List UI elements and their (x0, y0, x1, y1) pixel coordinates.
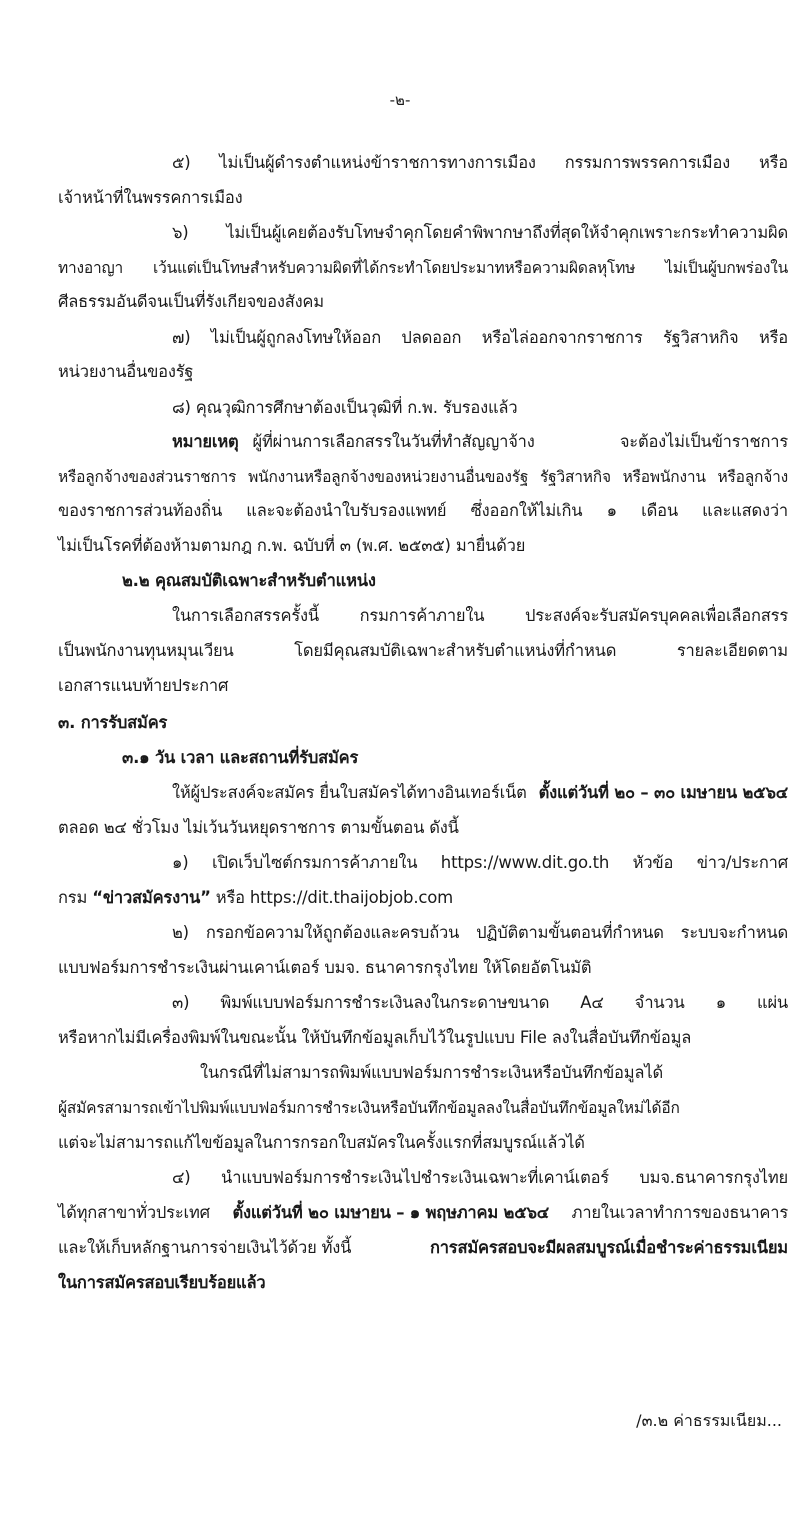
item-7-line-1: ๗) ไม่เป็นผู้ถูกลงโทษให้ออก ปลดออก หรือไ… (172, 327, 788, 349)
completion-condition: การสมัครสอบจะมีผลสมบูรณ์เมื่อชำระค่าธรรม… (430, 1237, 788, 1259)
step-1-text: กรม (58, 888, 92, 907)
step-3-line-2: หรือหากไม่มีเครื่องพิมพ์ในขณะนั้น ให้บัน… (58, 1027, 691, 1049)
thaijobjob-link[interactable]: หรือ https://dit.thaijobjob.com (211, 888, 453, 907)
step-3-para-line-1: ในกรณีที่ไม่สามารถพิมพ์แบบฟอร์มการชำระเง… (200, 1062, 788, 1084)
section-2-2-line-2: เป็นพนักงานทุนหมุนเวียน โดยมีคุณสมบัติเฉ… (58, 640, 788, 662)
page-number: -๒- (0, 88, 800, 112)
section-3-1-intro-line-1: ให้ผู้ประสงค์จะสมัคร ยื่นใบสมัครได้ทางอิ… (172, 782, 788, 804)
note-text-1: ผู้ที่ผ่านการเลือกสรรในวันที่ทำสัญญาจ้าง… (253, 431, 788, 453)
step-4-branches: ได้ทุกสาขาทั่วประเทศ (58, 1202, 210, 1224)
step-4-line-3: และให้เก็บหลักฐานการจ่ายเงินไว้ด้วย ทั้ง… (58, 1237, 788, 1259)
step-1-line-1: ๑) เปิดเว็บไซต์กรมการค้าภายใน https://ww… (172, 852, 788, 874)
note-line-2: หรือลูกจ้างของส่วนราชการ พนักงานหรือลูกจ… (58, 466, 788, 488)
item-7-line-2: หน่วยงานอื่นของรัฐ (58, 361, 193, 383)
section-3-1-intro-line-2: ตลอด ๒๔ ชั่วโมง ไม่เว้นวันหยุดราชการ ตาม… (58, 817, 459, 839)
note-label: หมายเหตุ (172, 431, 239, 453)
note-line-1: หมายเหตุ ผู้ที่ผ่านการเลือกสรรในวันที่ทำ… (172, 431, 788, 453)
item-5-line-1: ๕) ไม่เป็นผู้ดำรงตำแหน่งข้าราชการทางการเ… (172, 152, 788, 174)
application-period: ตั้งแต่วันที่ ๒๐ – ๓๐ เมษายน ๒๕๖๔ (539, 782, 788, 804)
item-6-line-1: ๖) ไม่เป็นผู้เคยต้องรับโทษจำคุกโดยคำพิพา… (172, 222, 788, 244)
item-6-line-3: ศีลธรรมอันดีจนเป็นที่รังเกียจของสังคม (58, 291, 324, 313)
step-3-line-1: ๓) พิมพ์แบบฟอร์มการชำระเงินลงในกระดาษขนา… (172, 992, 788, 1014)
item-8-line-1: ๘) คุณวุฒิการศึกษาต้องเป็นวุฒิที่ ก.พ. ร… (172, 397, 517, 419)
step-2-line-1: ๒) กรอกข้อความให้ถูกต้องและครบถ้วน ปฏิบั… (172, 922, 788, 944)
section-2-2-line-1: ในการเลือกสรรครั้งนี้ กรมการค้าภายใน ประ… (172, 605, 788, 627)
job-news-label: “ข่าวสมัครงาน” (92, 888, 211, 907)
section-2-2-line-3: เอกสารแนบท้ายประกาศ (58, 675, 228, 697)
step-4-line-1: ๔) นำแบบฟอร์มการชำระเงินไปชำระเงินเฉพาะท… (172, 1167, 788, 1189)
note-line-3: ของราชการส่วนท้องถิ่น และจะต้องนำใบรับรอ… (58, 500, 788, 522)
step-4-hours: ภายในเวลาทำการของธนาคาร (572, 1202, 788, 1224)
continued-marker: /๓.๒ ค่าธรรมเนียม... (636, 1409, 782, 1434)
step-4-keep-proof: และให้เก็บหลักฐานการจ่ายเงินไว้ด้วย ทั้ง… (58, 1237, 351, 1259)
intro-text: ให้ผู้ประสงค์จะสมัคร ยื่นใบสมัครได้ทางอิ… (172, 782, 527, 804)
payment-period: ตั้งแต่วันที่ ๒๐ เมษายน – ๑ พฤษภาคม ๒๕๖๔ (232, 1202, 549, 1224)
note-line-4: ไม่เป็นโรคที่ต้องห้ามตามกฎ ก.พ. ฉบับที่ … (58, 535, 525, 557)
step-4-line-2: ได้ทุกสาขาทั่วประเทศ ตั้งแต่วันที่ ๒๐ เม… (58, 1202, 788, 1224)
item-6-line-2: ทางอาญา เว้นแต่เป็นโทษสำหรับความผิดที่ได… (58, 257, 788, 279)
section-2-2-heading: ๒.๒ คุณสมบัติเฉพาะสำหรับตำแหน่ง (122, 570, 376, 592)
step-3-para-line-3: แต่จะไม่สามารถแก้ไขข้อมูลในการกรอกใบสมัค… (58, 1132, 585, 1154)
section-3-1-heading: ๓.๑ วัน เวลา และสถานที่รับสมัคร (122, 747, 358, 769)
step-4-line-4: ในการสมัครสอบเรียบร้อยแล้ว (58, 1272, 265, 1294)
section-3-heading: ๓. การรับสมัคร (58, 712, 167, 734)
document-page: -๒- ๕) ไม่เป็นผู้ดำรงตำแหน่งข้าราชการทาง… (0, 0, 800, 1529)
step-2-line-2: แบบฟอร์มการชำระเงินผ่านเคาน์เตอร์ บมจ. ธ… (58, 957, 591, 979)
item-5-line-2: เจ้าหน้าที่ในพรรคการเมือง (58, 187, 242, 209)
step-1-line-2: กรม “ข่าวสมัครงาน” หรือ https://dit.thai… (58, 887, 453, 909)
step-3-para-line-2: ผู้สมัครสามารถเข้าไปพิมพ์แบบฟอร์มการชำระ… (58, 1097, 788, 1119)
